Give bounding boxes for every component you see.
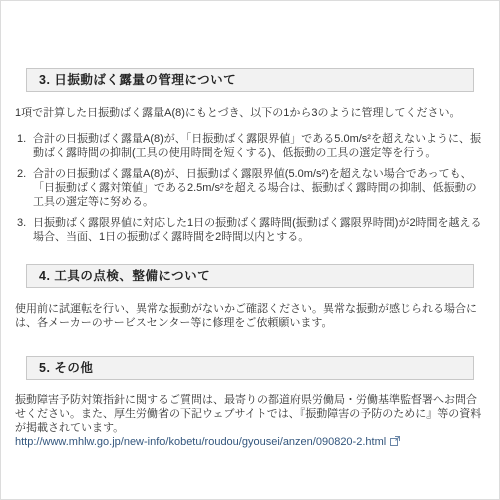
list-item: 3. 日振動ばく露限界値に対応した1日の振動ばく露時間(振動ばく露限界時間)が2… [17,216,483,244]
section3-intro-text: 1項で計算した日振動ばく露量A(8)にもとづき、以下の1から3のように管理してく… [15,106,487,120]
section4-body-text: 使用前に試運転を行い、異常な振動がないかご確認ください。異常な振動が感じられる場… [15,302,487,330]
list-item: 2. 合計の日振動ばく露量A(8)が、日振動ばく露限界値(5.0m/s²)を超え… [17,167,483,209]
list-item-number: 2. [17,167,33,209]
page-content: 3. 日振動ばく露量の管理について 1項で計算した日振動ばく露量A(8)にもとづ… [1,1,499,450]
section-heading-vibration-exposure-management: 3. 日振動ばく露量の管理について [26,68,474,92]
section5-body-text: 振動障害予防対策指針に関するご質問は、最寄りの都道府県労働局・労働基準監督署へお… [15,393,487,435]
external-link-icon [390,436,400,450]
document-page: 3. 日振動ばく露量の管理について 1項で計算した日振動ばく露量A(8)にもとづ… [0,0,500,500]
section-heading-others: 5. その他 [26,356,474,380]
list-item-number: 1. [17,132,33,160]
section3-numbered-list: 1. 合計の日振動ばく露量A(8)が、「日振動ばく露限界値」である5.0m/s²… [13,132,487,244]
section-heading-tool-inspection: 4. 工具の点検、整備について [26,264,474,288]
list-item-text: 日振動ばく露限界値に対応した1日の振動ばく露時間(振動ばく露限界時間)が2時間を… [33,216,483,244]
list-item: 1. 合計の日振動ばく露量A(8)が、「日振動ばく露限界値」である5.0m/s²… [17,132,483,160]
list-item-text: 合計の日振動ばく露量A(8)が、「日振動ばく露限界値」である5.0m/s²を超え… [33,132,483,160]
list-item-text: 合計の日振動ばく露量A(8)が、日振動ばく露限界値(5.0m/s²)を超えない場… [33,167,483,209]
list-item-number: 3. [17,216,33,244]
mhlw-website-link[interactable]: http://www.mhlw.go.jp/new-info/kobetu/ro… [15,436,386,448]
mhlw-link-line: http://www.mhlw.go.jp/new-info/kobetu/ro… [15,435,487,450]
